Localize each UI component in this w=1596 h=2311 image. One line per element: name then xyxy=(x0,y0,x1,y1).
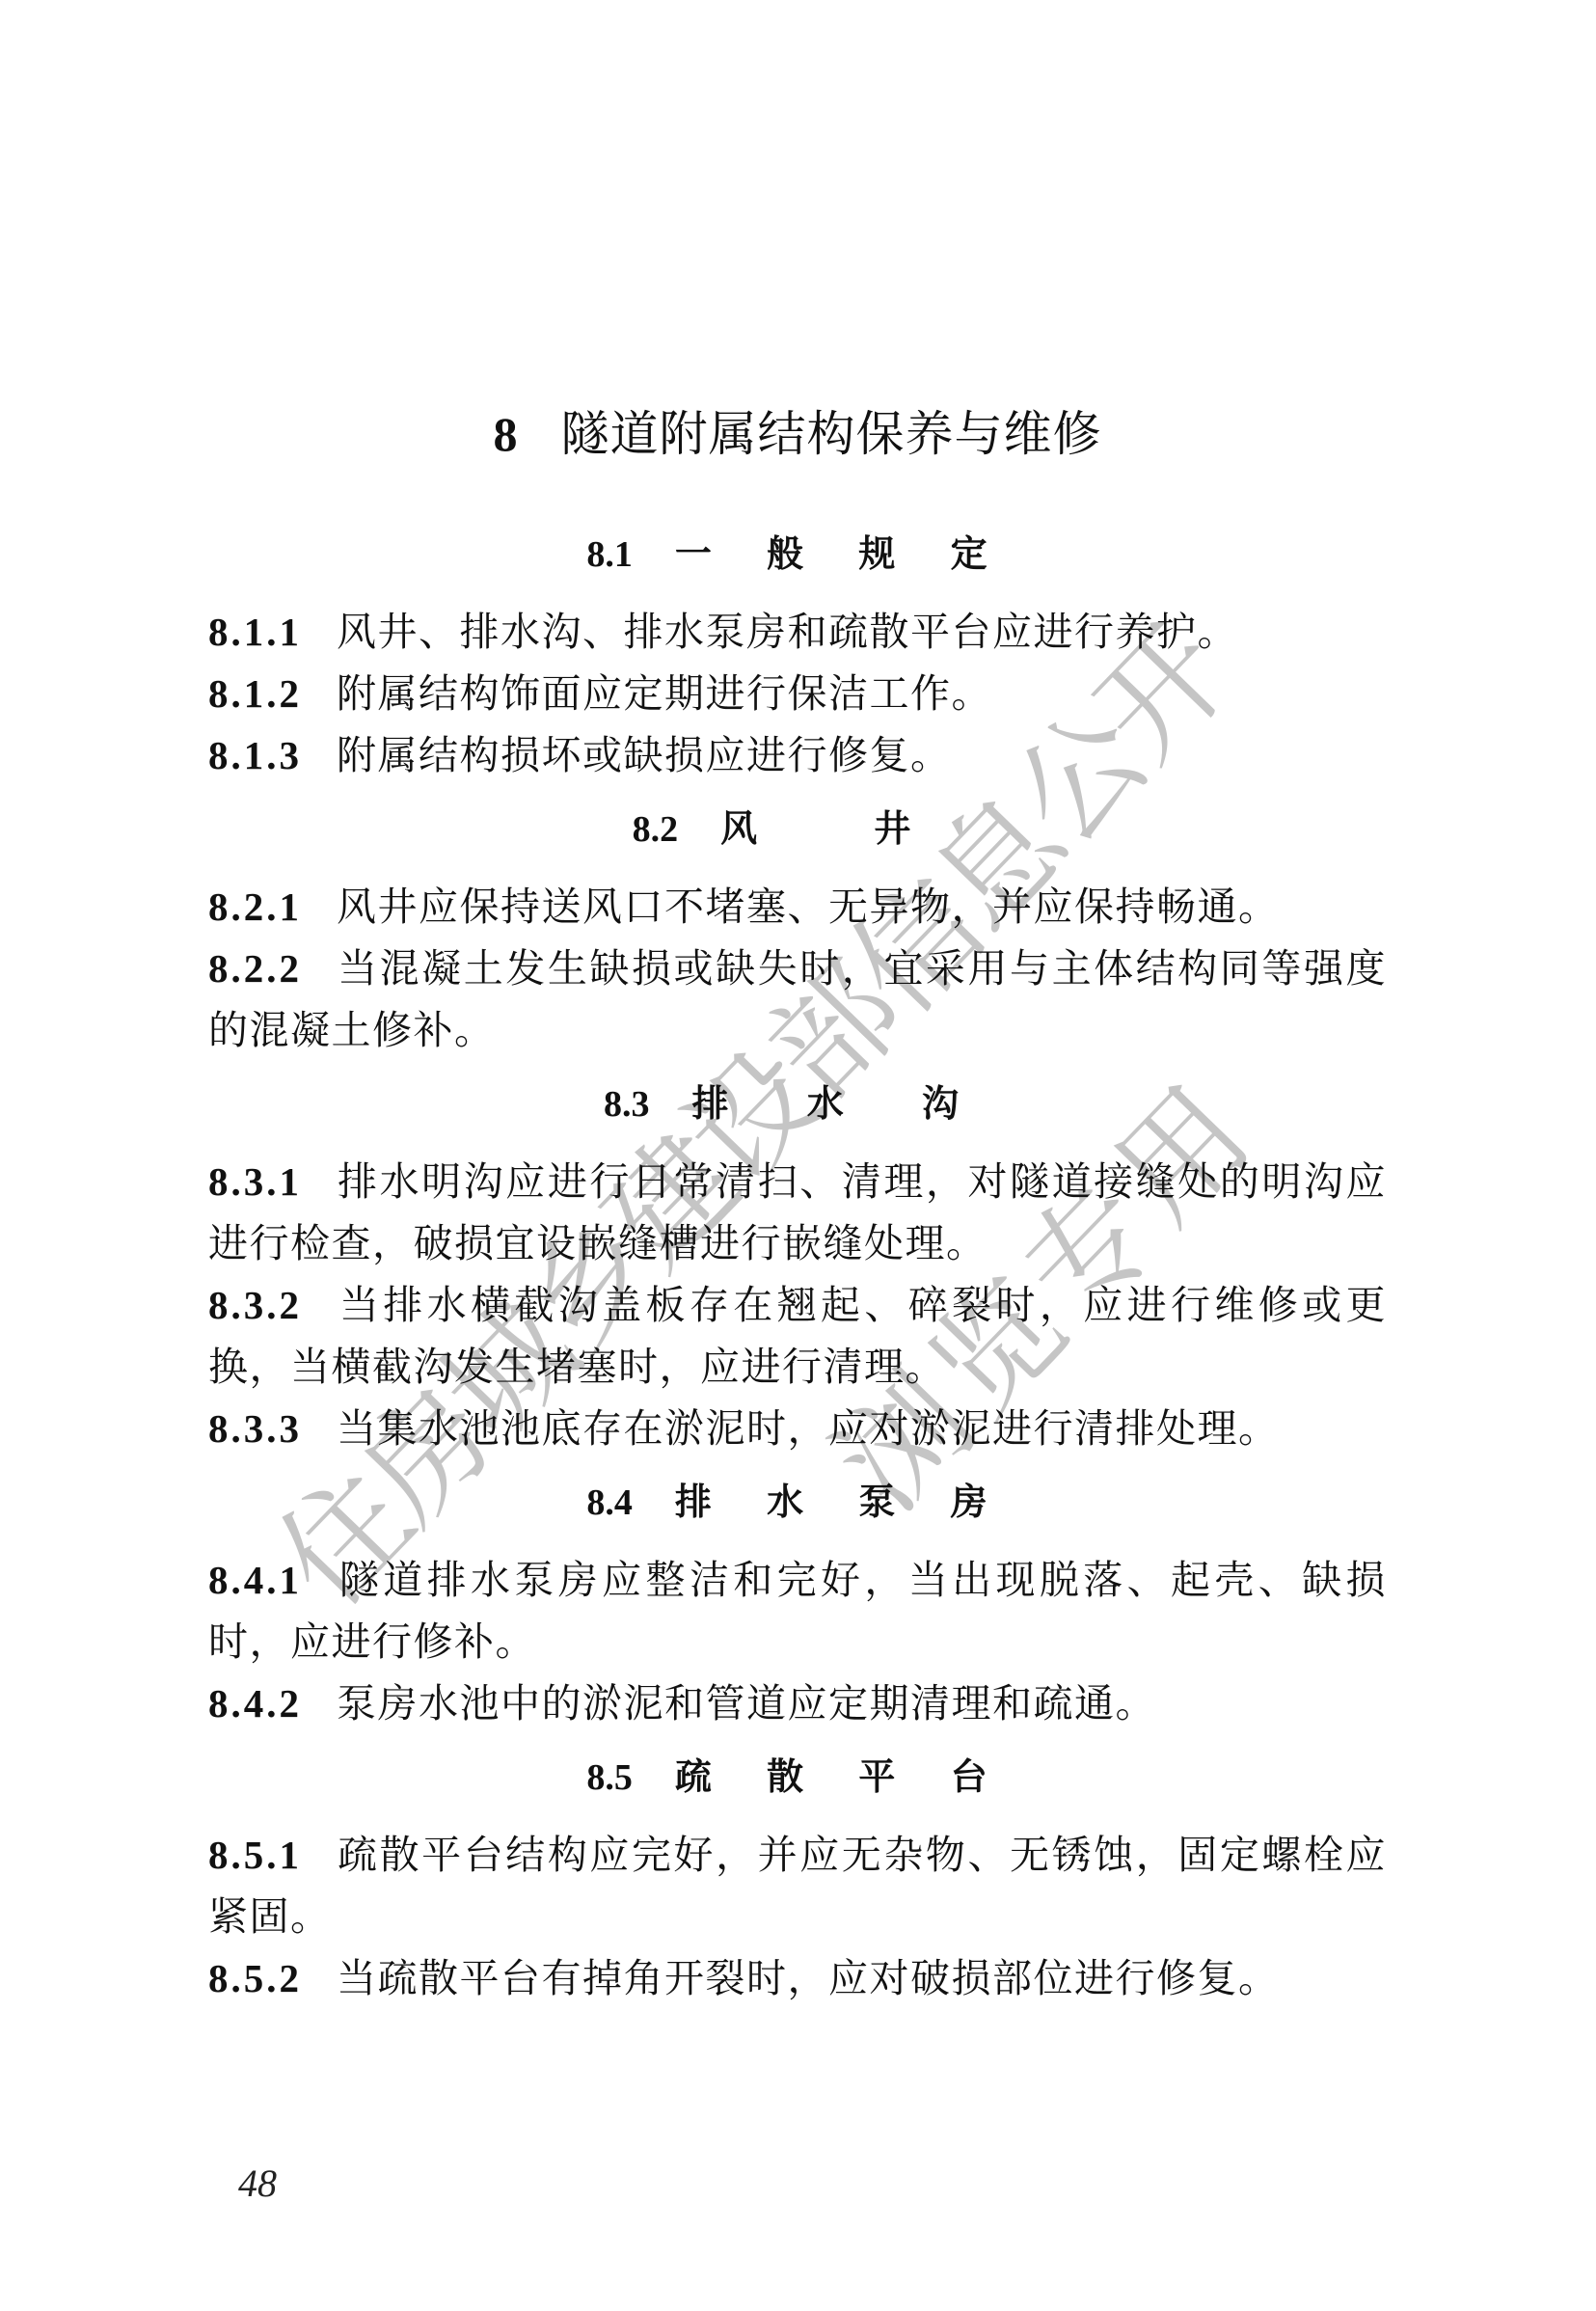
section-title-text: 排 水 泵 房 xyxy=(675,1480,1009,1523)
clause: 8.3.1排水明沟应进行日常清扫、清理，对隧道接缝处的明沟应进行检查，破损宜设嵌… xyxy=(208,1151,1387,1274)
clause-text: 当混凝土发生缺损或缺失时，宜采用与主体结构同等强度的混凝土修补。 xyxy=(208,945,1387,1053)
clause: 8.1.1风井、排水沟、排水泵房和疏散平台应进行养护。 xyxy=(208,601,1387,663)
section-title-text: 风 井 xyxy=(720,806,962,850)
section-number: 8.1 xyxy=(586,534,633,575)
clause: 8.3.3当集水池池底存在淤泥时，应对淤泥进行清排处理。 xyxy=(208,1398,1387,1459)
clause-text: 风井、排水沟、排水泵房和疏散平台应进行养护。 xyxy=(337,609,1238,655)
clause-number: 8.1.1 xyxy=(208,610,302,654)
clause: 8.5.2当疏散平台有掉角开裂时，应对破损部位进行修复。 xyxy=(208,1947,1387,2009)
section-title: 8.1一 般 规 定 xyxy=(208,525,1387,584)
page-number: 48 xyxy=(238,2161,277,2206)
section-title: 8.2风 井 xyxy=(208,800,1387,858)
clause-number: 8.5.1 xyxy=(208,1833,302,1877)
clause: 8.2.2当混凝土发生缺损或缺失时，宜采用与主体结构同等强度的混凝土修补。 xyxy=(208,938,1387,1061)
section-8-5: 8.5疏 散 平 台 8.5.1疏散平台结构应完好，并应无杂物、无锈蚀，固定螺栓… xyxy=(208,1748,1387,2009)
clause-text: 附属结构饰面应定期进行保洁工作。 xyxy=(337,670,992,717)
clause: 8.2.1风井应保持送风口不堵塞、无异物，并应保持畅通。 xyxy=(208,876,1387,938)
document-page: 住房城乡建设部信息公开 浏览专用 8隧道附属结构保养与维修 8.1一 般 规 定… xyxy=(0,0,1596,2311)
chapter-number: 8 xyxy=(494,407,519,461)
clause: 8.4.1隧道排水泵房应整洁和完好，当出现脱落、起壳、缺损时，应进行修补。 xyxy=(208,1549,1387,1672)
clause-text: 隧道排水泵房应整洁和完好，当出现脱落、起壳、缺损时，应进行修补。 xyxy=(208,1557,1387,1665)
clause-list: 8.5.1疏散平台结构应完好，并应无杂物、无锈蚀，固定螺栓应紧固。 8.5.2当… xyxy=(208,1824,1387,2009)
clause-text: 风井应保持送风口不堵塞、无异物，并应保持畅通。 xyxy=(337,884,1280,930)
chapter-title: 8隧道附属结构保养与维修 xyxy=(208,395,1387,473)
section-number: 8.4 xyxy=(586,1482,633,1523)
clause-number: 8.3.3 xyxy=(208,1406,302,1451)
clause: 8.1.3附属结构损坏或缺损应进行修复。 xyxy=(208,724,1387,786)
clause-text: 附属结构损坏或缺损应进行修复。 xyxy=(337,732,952,778)
clause-list: 8.4.1隧道排水泵房应整洁和完好，当出现脱落、起壳、缺损时，应进行修补。 8.… xyxy=(208,1549,1387,1734)
section-title: 8.5疏 散 平 台 xyxy=(208,1748,1387,1807)
section-number: 8.3 xyxy=(604,1084,650,1125)
clause: 8.1.2附属结构饰面应定期进行保洁工作。 xyxy=(208,663,1387,724)
clause-number: 8.4.2 xyxy=(208,1681,302,1726)
clause-list: 8.3.1排水明沟应进行日常清扫、清理，对隧道接缝处的明沟应进行检查，破损宜设嵌… xyxy=(208,1151,1387,1459)
section-8-2: 8.2风 井 8.2.1风井应保持送风口不堵塞、无异物，并应保持畅通。 8.2.… xyxy=(208,800,1387,1061)
clause-number: 8.4.1 xyxy=(208,1558,302,1602)
section-title: 8.4排 水 泵 房 xyxy=(208,1473,1387,1532)
clause: 8.4.2泵房水池中的淤泥和管道应定期清理和疏通。 xyxy=(208,1672,1387,1734)
clause-text: 当排水横截沟盖板存在翘起、碎裂时，应进行维修或更换，当横截沟发生堵塞时，应进行清… xyxy=(208,1282,1387,1390)
section-8-4: 8.4排 水 泵 房 8.4.1隧道排水泵房应整洁和完好，当出现脱落、起壳、缺损… xyxy=(208,1473,1387,1734)
clause-list: 8.2.1风井应保持送风口不堵塞、无异物，并应保持畅通。 8.2.2当混凝土发生… xyxy=(208,876,1387,1061)
clause-number: 8.2.1 xyxy=(208,884,302,929)
clause-number: 8.3.2 xyxy=(208,1283,302,1327)
section-title-text: 一 般 规 定 xyxy=(675,531,1009,575)
clause-text: 当疏散平台有掉角开裂时，应对破损部位进行修复。 xyxy=(337,1955,1280,2001)
section-8-3: 8.3排 水 沟 8.3.1排水明沟应进行日常清扫、清理，对隧道接缝处的明沟应进… xyxy=(208,1074,1387,1459)
section-title: 8.3排 水 沟 xyxy=(208,1074,1387,1133)
clause: 8.3.2当排水横截沟盖板存在翘起、碎裂时，应进行维修或更换，当横截沟发生堵塞时… xyxy=(208,1274,1387,1398)
clause-list: 8.1.1风井、排水沟、排水泵房和疏散平台应进行养护。 8.1.2附属结构饰面应… xyxy=(208,601,1387,786)
section-title-text: 排 水 沟 xyxy=(692,1081,991,1125)
clause-number: 8.1.3 xyxy=(208,733,302,777)
section-number: 8.5 xyxy=(586,1757,633,1798)
section-8-1: 8.1一 般 规 定 8.1.1风井、排水沟、排水泵房和疏散平台应进行养护。 8… xyxy=(208,525,1387,786)
page-content: 8隧道附属结构保养与维修 8.1一 般 规 定 8.1.1风井、排水沟、排水泵房… xyxy=(208,395,1387,2023)
clause-number: 8.1.2 xyxy=(208,671,302,716)
clause-number: 8.3.1 xyxy=(208,1159,302,1204)
section-number: 8.2 xyxy=(633,809,679,850)
section-title-text: 疏 散 平 台 xyxy=(675,1754,1009,1798)
clause-text: 当集水池池底存在淤泥时，应对淤泥进行清排处理。 xyxy=(337,1405,1280,1452)
clause-number: 8.2.2 xyxy=(208,946,302,991)
clause: 8.5.1疏散平台结构应完好，并应无杂物、无锈蚀，固定螺栓应紧固。 xyxy=(208,1824,1387,1947)
clause-text: 疏散平台结构应完好，并应无杂物、无锈蚀，固定螺栓应紧固。 xyxy=(208,1832,1387,1940)
clause-number: 8.5.2 xyxy=(208,1956,302,2000)
clause-text: 泵房水池中的淤泥和管道应定期清理和疏通。 xyxy=(337,1680,1156,1726)
chapter-title-text: 隧道附属结构保养与维修 xyxy=(561,406,1102,462)
clause-text: 排水明沟应进行日常清扫、清理，对隧道接缝处的明沟应进行检查，破损宜设嵌缝槽进行嵌… xyxy=(208,1158,1387,1266)
